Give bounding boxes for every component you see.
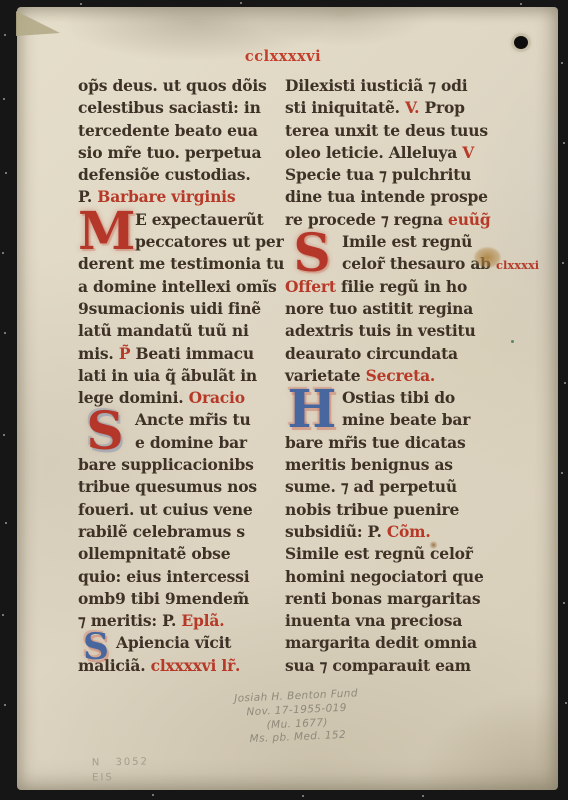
line-segment: tribue quesumus nos xyxy=(78,477,257,496)
line-segment: omb9 tibi 9mendem̃ xyxy=(78,589,249,608)
dust-speck xyxy=(563,142,565,144)
rubric-segment: P̃ xyxy=(119,344,136,363)
line-segment: terea unxit te deus tuus xyxy=(285,121,488,140)
illuminated-initial: S xyxy=(78,632,114,654)
line-segment: Prop xyxy=(419,98,464,117)
text-line: quio: eius intercessi xyxy=(78,566,280,588)
line-segment: tercedente beato eua xyxy=(78,121,258,140)
line-segment: Ancte mr̃is tu xyxy=(135,410,251,429)
line-segment: quio: eius intercessi xyxy=(78,567,249,586)
dust-speck xyxy=(152,794,154,796)
pencil-line: EIS xyxy=(92,770,149,786)
dust-speck xyxy=(2,252,4,254)
text-line: 9sumacionis uidi finẽ xyxy=(78,298,280,320)
text-line: subsidiũ: P. Cõm. xyxy=(285,521,507,543)
rubric-segment: clxxxxi xyxy=(496,258,539,272)
text-line: tribue quesumus nos xyxy=(78,476,280,498)
text-line: Dilexisti iusticiã ⁊ odi xyxy=(285,75,507,97)
line-segment: nore tuo astitit regina xyxy=(285,299,473,318)
line-segment: meritis benignus as xyxy=(285,455,453,474)
text-column-right: Dilexisti iusticiã ⁊ odisti iniquitatẽ. … xyxy=(285,75,507,677)
line-segment: defensiõe custodias. xyxy=(78,165,251,184)
rubric-segment: V xyxy=(462,143,474,162)
line-segment: sua ⁊ comparauit eam xyxy=(285,656,471,675)
illuminated-initial: M xyxy=(78,209,132,254)
line-segment: Apiencia vĩcit xyxy=(116,633,231,652)
dust-speck xyxy=(302,795,304,797)
text-line: renti bonas margaritas xyxy=(285,588,507,610)
text-column-left: op̃s deus. ut quos dõiscelestibus sacias… xyxy=(78,75,280,677)
dust-speck xyxy=(240,2,242,4)
text-line: meritis benignus as xyxy=(285,454,507,476)
text-line: nore tuo astitit regina xyxy=(285,298,507,320)
line-segment: deaurato circundata xyxy=(285,344,458,363)
dust-speck xyxy=(5,522,7,524)
dust-speck xyxy=(520,3,522,5)
dust-speck xyxy=(80,3,82,5)
dust-speck xyxy=(564,382,566,384)
text-line: defensiõe custodias. xyxy=(78,164,280,186)
text-line: dine tua intende prospe xyxy=(285,186,507,208)
photo-background: { "photo": { "description": "medieval ma… xyxy=(0,0,568,800)
line-segment: oleo leticie. Alleluya xyxy=(285,143,462,162)
pencil-shelfmark-note: N 3052EIS xyxy=(92,755,150,786)
line-segment: mis. xyxy=(78,344,119,363)
dust-speck xyxy=(2,614,4,616)
line-segment: mine beate bar xyxy=(342,410,470,429)
text-line: op̃s deus. ut quos dõis xyxy=(78,75,280,97)
dust-speck xyxy=(563,602,565,604)
line-segment: margarita dedit omnia xyxy=(285,633,477,652)
dust-speck xyxy=(422,795,424,797)
line-segment: celestibus saciasti: in xyxy=(78,98,261,117)
text-line: inuenta vna preciosa xyxy=(285,610,507,632)
rubric-segment: Eplã. xyxy=(181,611,224,630)
text-line: sume. ⁊ ad perpetuũ xyxy=(285,476,507,498)
text-line: Specie tua ⁊ pulchritu xyxy=(285,164,507,186)
dust-speck xyxy=(565,702,567,704)
rubric-segment: Secreta. xyxy=(366,366,436,385)
text-line: mis. P̃ Beati immacu xyxy=(78,343,280,365)
text-line: sio mr̃e tuo. perpetua xyxy=(78,142,280,164)
rubric-segment: V. xyxy=(405,98,419,117)
dust-speck xyxy=(4,704,6,706)
dust-speck xyxy=(562,262,564,264)
line-segment: lati in uia q̃ ãbulãt in xyxy=(78,366,257,385)
text-line: a domine intellexi omĩs xyxy=(78,276,280,298)
rubric-segment: Cõm. xyxy=(387,522,431,541)
line-segment: 9sumacionis uidi finẽ xyxy=(78,299,261,318)
illuminated-initial: S xyxy=(285,231,339,276)
line-segment: Specie tua ⁊ pulchritu xyxy=(285,165,471,184)
text-line: homini negociatori que xyxy=(285,566,507,588)
illuminated-initial: H xyxy=(285,387,339,432)
line-segment: dine tua intende prospe xyxy=(285,187,488,206)
line-segment: celor̃ thesauro ab xyxy=(342,254,496,273)
line-segment: sti iniquitatẽ. xyxy=(285,98,405,117)
green-speck xyxy=(511,340,514,343)
folio-number: cclxxxxvi xyxy=(17,48,549,65)
line-segment: adextris tuis in vestitu xyxy=(285,321,476,340)
text-line: adextris tuis in vestitu xyxy=(285,320,507,342)
line-segment: Imile est regnũ xyxy=(342,232,472,251)
pencil-line: N 3052 xyxy=(92,755,149,771)
text-line: celestibus saciasti: in xyxy=(78,97,280,119)
rubric-segment: clxxxxvi lr̃. xyxy=(151,656,241,675)
line-segment: inuenta vna preciosa xyxy=(285,611,462,630)
dust-speck xyxy=(5,172,7,174)
rubric-segment: Oracio xyxy=(189,388,245,407)
dust-speck xyxy=(3,98,5,100)
line-segment: subsidiũ: P. xyxy=(285,522,387,541)
line-segment: nobis tribue puenire xyxy=(285,500,459,519)
line-segment: homini negociatori que xyxy=(285,567,484,586)
dust-speck xyxy=(561,62,563,64)
line-segment: latũ mandatũ tuũ ni xyxy=(78,321,249,340)
dust-speck xyxy=(3,434,5,436)
pencil-accession-note: Josiah H. Benton FundNov. 17-1955-019(Mu… xyxy=(166,684,428,750)
text-line: omb9 tibi 9mendem̃ xyxy=(78,588,280,610)
text-line: nobis tribue puenire xyxy=(285,499,507,521)
text-line: ollempnitatẽ obse xyxy=(78,543,280,565)
text-line: sua ⁊ comparauit eam xyxy=(285,655,507,677)
line-segment: sume. ⁊ ad perpetuũ xyxy=(285,477,457,496)
dust-speck xyxy=(4,332,6,334)
line-segment: sio mr̃e tuo. perpetua xyxy=(78,143,261,162)
line-segment: e domine bar xyxy=(135,433,247,452)
text-line: oleo leticie. Alleluya V xyxy=(285,142,507,164)
line-segment: peccatores ut per xyxy=(135,232,284,251)
line-segment: rabilẽ celebramus s xyxy=(78,522,245,541)
line-segment: filie regũ in ho xyxy=(336,277,467,296)
stain-spot xyxy=(474,247,501,268)
line-segment: op̃s deus. ut quos dõis xyxy=(78,76,267,95)
text-line: deaurato circundata xyxy=(285,343,507,365)
illuminated-initial: S xyxy=(78,409,132,454)
text-line: tercedente beato eua xyxy=(78,120,280,142)
text-line: foueri. ut cuius vene xyxy=(78,499,280,521)
line-segment: Ostias tibi do xyxy=(342,388,455,407)
line-segment: ollempnitatẽ obse xyxy=(78,544,230,563)
text-line: sti iniquitatẽ. V. Prop xyxy=(285,97,507,119)
line-segment: a domine intellexi omĩs xyxy=(78,277,277,296)
line-segment: renti bonas margaritas xyxy=(285,589,480,608)
text-line: margarita dedit omnia xyxy=(285,632,507,654)
dust-speck xyxy=(561,472,563,474)
manuscript-page: cclxxxxvi op̃s deus. ut quos dõiscelesti… xyxy=(17,7,558,790)
punch-hole xyxy=(514,36,528,49)
dust-speck xyxy=(4,34,6,36)
text-line: Simile est regnũ celor̃ xyxy=(285,543,507,565)
line-segment: foueri. ut cuius vene xyxy=(78,500,253,519)
line-segment: Beati immacu xyxy=(135,344,254,363)
text-line: latũ mandatũ tuũ ni xyxy=(78,320,280,342)
line-segment: Dilexisti iusticiã ⁊ odi xyxy=(285,76,467,95)
text-line: terea unxit te deus tuus xyxy=(285,120,507,142)
text-line: rabilẽ celebramus s xyxy=(78,521,280,543)
stain-dot xyxy=(429,541,438,549)
text-line: lati in uia q̃ ãbulãt in xyxy=(78,365,280,387)
line-segment: Simile est regnũ celor̃ xyxy=(285,544,473,563)
line-segment: E expectauerũt xyxy=(135,210,264,229)
rubric-segment: euũg̃ xyxy=(448,210,490,229)
